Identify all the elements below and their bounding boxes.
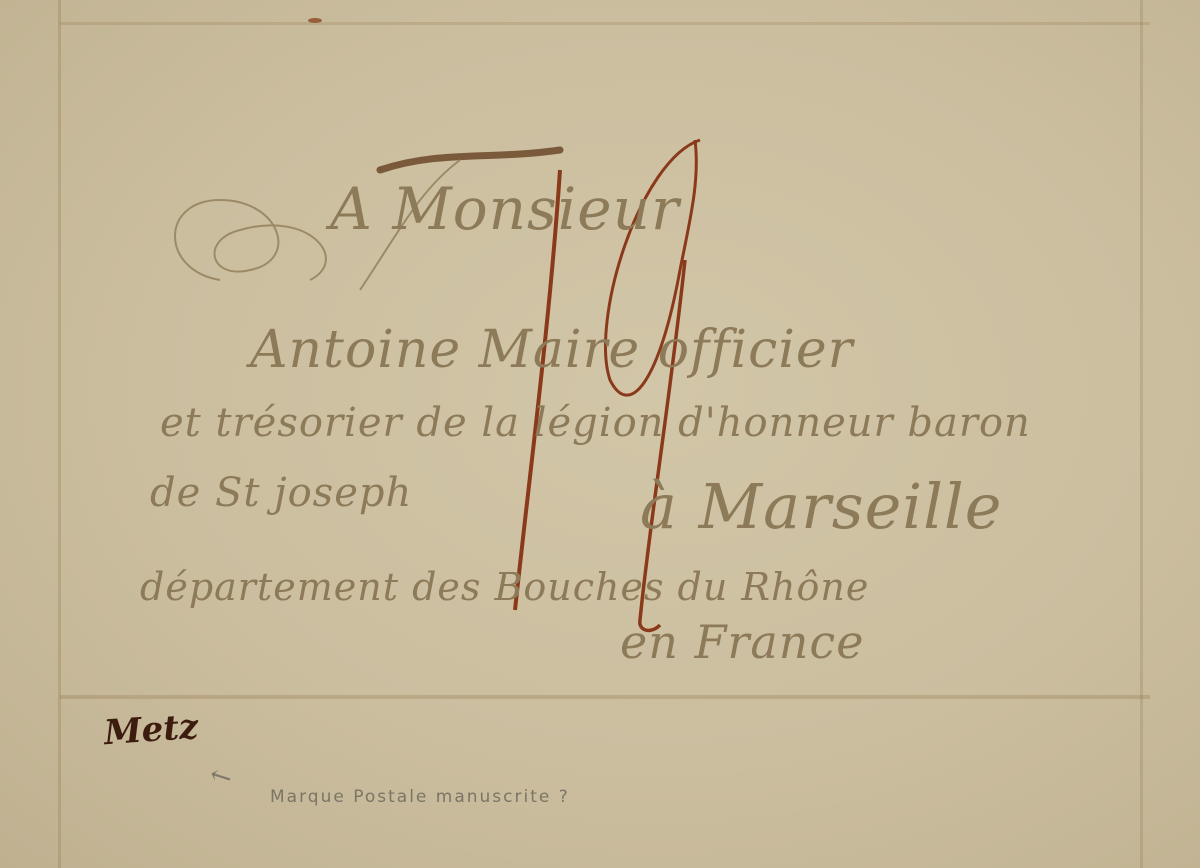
ink-stain — [308, 18, 322, 23]
address-title: et trésorier de la légion d'honneur baro… — [160, 400, 1031, 446]
address-country: en France — [620, 615, 864, 669]
fold-line-left — [58, 0, 61, 868]
fold-line-top — [60, 22, 1150, 25]
fold-line-right — [1140, 0, 1143, 868]
fold-line-bottom — [60, 695, 1150, 699]
address-city: à Marseille — [640, 470, 1002, 543]
address-place: de St joseph — [150, 470, 412, 516]
address-name: Antoine Maire officier — [250, 320, 854, 380]
address-salutation: A Monsieur — [330, 175, 680, 243]
pencil-annotation: Marque Postale manuscrite ? — [270, 787, 570, 807]
postmark-metz: Metz — [103, 707, 200, 753]
address-department: département des Bouches du Rhône — [140, 565, 869, 609]
